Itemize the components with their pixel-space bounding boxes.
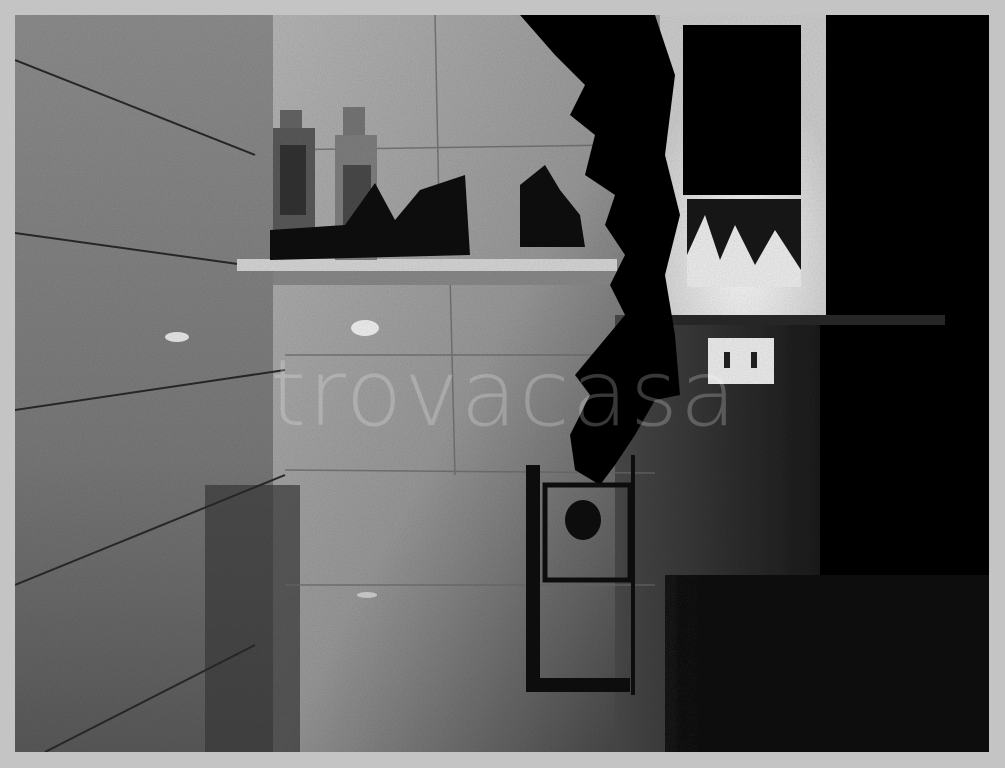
shelf bbox=[237, 259, 617, 271]
window-pane-top bbox=[683, 25, 801, 195]
photo: trovacasa bbox=[15, 15, 989, 752]
light-switch bbox=[708, 338, 774, 384]
photo-scene bbox=[15, 15, 989, 752]
